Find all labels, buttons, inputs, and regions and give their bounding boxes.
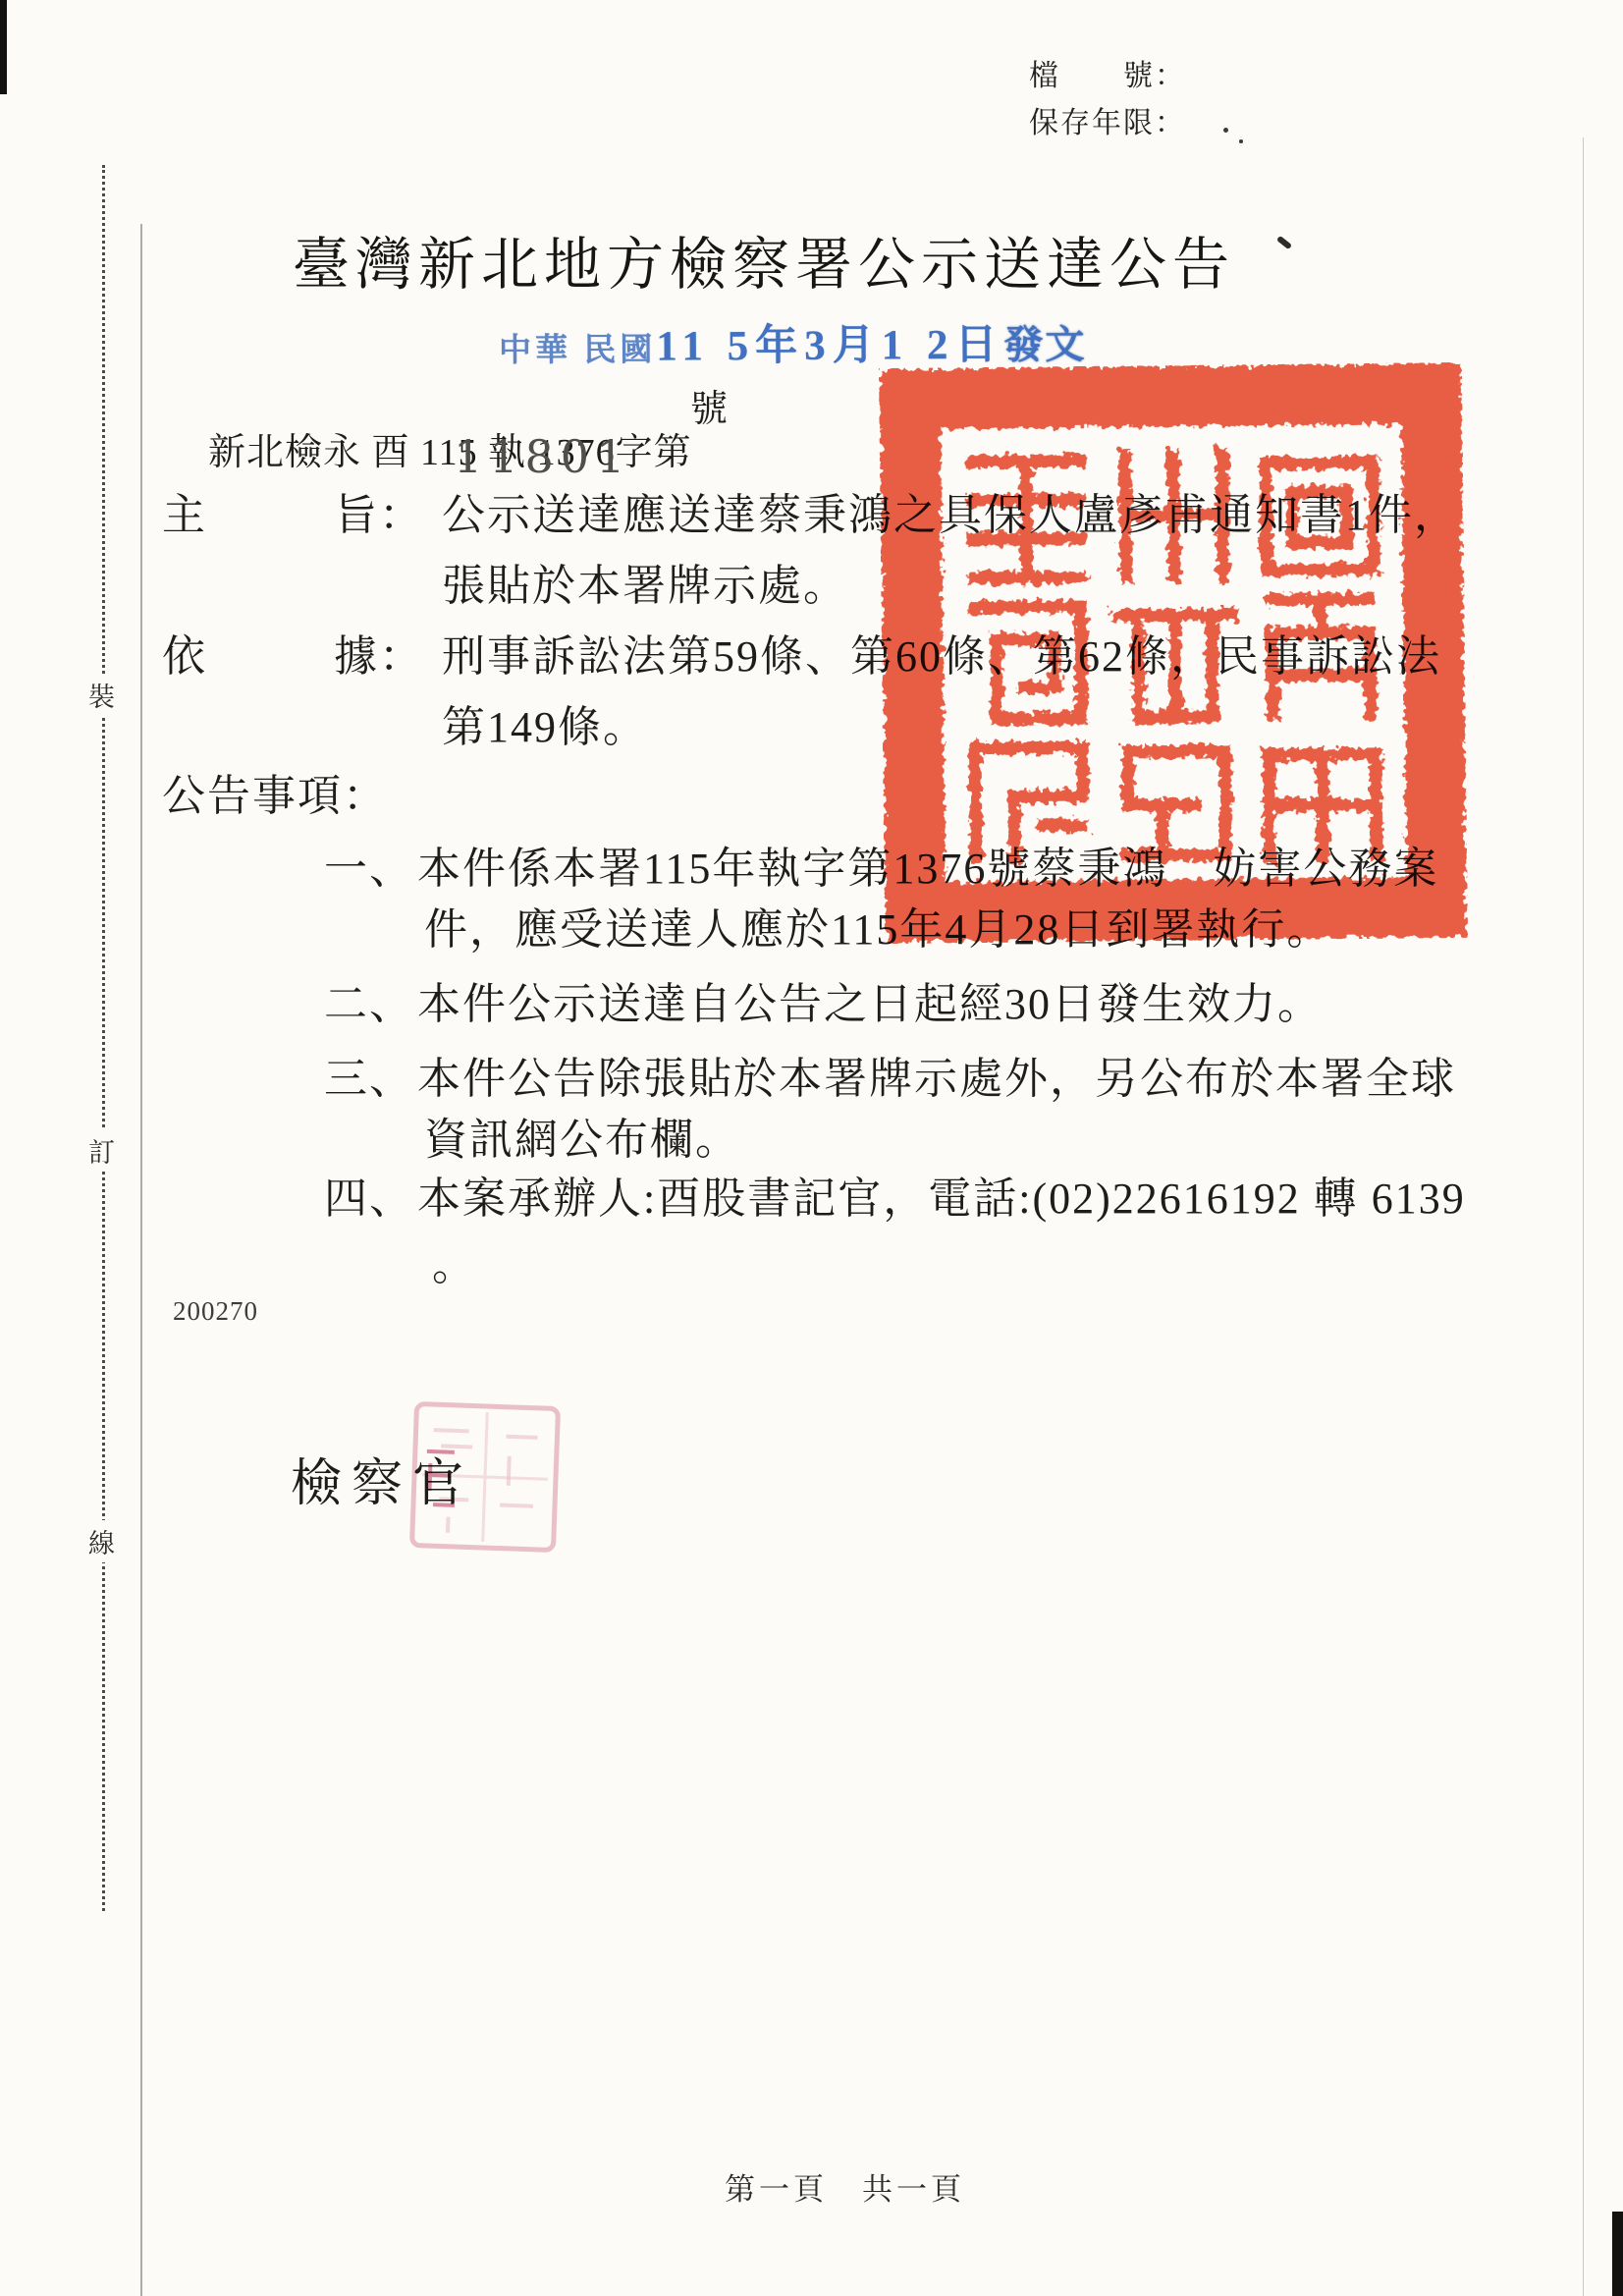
page-title: 臺灣新北地方檢察署公示送達公告 — [293, 218, 1235, 301]
item-3-line-2: 資訊網公布欄。 — [424, 1104, 740, 1167]
issue-date-stamp-date: 11 5年3月1 2日 — [656, 322, 1003, 370]
issue-date-stamp-suffix: 發文 — [1003, 322, 1086, 366]
reference-number-suffix: 號 — [690, 378, 729, 432]
item-4-line-2: 。 — [432, 1230, 477, 1292]
scanned-announcement-page: 裝 訂 線 檔 號： 保存年限： 臺灣新北地方檢察署公示送達公告 中華 民國11… — [0, 0, 1623, 2296]
scan-edge-artifact-bottom-right — [1612, 2212, 1623, 2296]
retention-period-label: 保存年限： — [1029, 98, 1186, 141]
ink-speck-header — [1223, 128, 1228, 133]
subject-label-a: 主 — [162, 479, 207, 542]
item-1-line-1: 本件係本署115年執字第1376號蔡秉鴻 妨害公務案 — [417, 833, 1438, 896]
ink-speck-title — [1276, 236, 1292, 250]
binding-dotted-line — [102, 165, 105, 1911]
item-3-marker: 三、 — [324, 1043, 414, 1106]
ink-speck-header-2 — [1239, 139, 1243, 143]
prosecutor-signature-label: 檢察官 — [291, 1442, 473, 1515]
issue-date-stamp-prefix: 中華 民國 — [499, 333, 656, 369]
item-2-marker: 二、 — [324, 968, 414, 1031]
subject-line-2: 張貼於本署牌示處。 — [442, 550, 848, 613]
item-3-line-1: 本件公告除張貼於本署牌示處外，另公布於本署全球 — [417, 1043, 1456, 1106]
scan-edge-artifact-top-left — [0, 0, 7, 94]
form-code: 200270 — [173, 1296, 258, 1327]
item-1-marker: 一、 — [324, 833, 414, 896]
item-2-line-1: 本件公示送達自公告之日起經30日發生效力。 — [417, 968, 1323, 1031]
binding-char-xian: 線 — [88, 1520, 115, 1562]
basis-line-2: 第149條。 — [442, 691, 648, 754]
announcement-heading: 公告事項： — [162, 760, 388, 823]
binding-char-zhuang: 裝 — [88, 674, 115, 716]
scan-edge-line-right — [1583, 137, 1584, 2296]
basis-label-a: 依 — [162, 621, 207, 683]
item-4-line-1: 本案承辦人:酉股書記官，電話:(02)22616192 轉 6139 — [417, 1163, 1466, 1226]
file-number-label: 檔 號： — [1029, 51, 1186, 94]
stamped-case-number: 11801 — [454, 430, 631, 483]
paper-fold-line — [140, 224, 142, 2296]
page-footer: 第一頁 共一頁 — [725, 2164, 965, 2209]
issue-date-stamp: 中華 民國11 5年3月1 2日發文 — [483, 293, 1087, 391]
subject-line-1: 公示送達應送達蔡秉鴻之具保人盧彥甫通知書1件， — [442, 479, 1459, 542]
subject-label-b: 旨： — [334, 479, 424, 542]
item-4-marker: 四、 — [324, 1163, 414, 1226]
binding-char-ding: 訂 — [88, 1129, 115, 1172]
item-1-line-2: 件，應受送達人應於115年4月28日到署執行。 — [424, 894, 1331, 957]
basis-label-b: 據： — [334, 621, 424, 683]
basis-line-1: 刑事訴訟法第59條、第60條、第62條，民事訴訟法 — [442, 621, 1441, 683]
